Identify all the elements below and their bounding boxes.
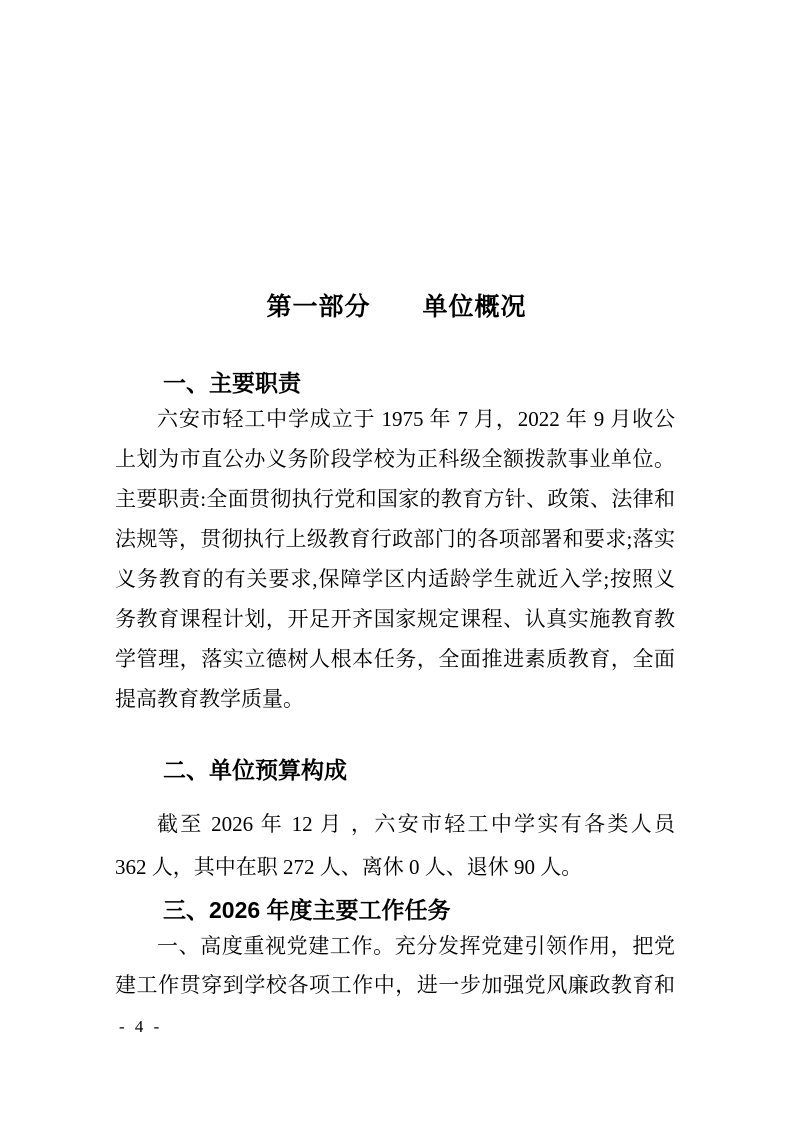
document-page: 第一部分 单位概况 一、主要职责 六安市轻工中学成立于 1975 年 7 月，2… [0,0,793,1122]
document-title: 第一部分 单位概况 [0,289,793,325]
paragraph-work-tasks: 一、高度重视党建工作。充分发挥党建引领作用，把党 建工作贯穿到学校各项工作中，进… [115,927,675,1005]
page-number: - 4 - [119,1015,162,1039]
paragraph-line: 截至 2026 年 12 月 ，六安市轻工中学实有各类人员 [115,803,675,846]
paragraph-main-duties: 六安市轻工中学成立于 1975 年 7 月，2022 年 9 月收公 上划为市直… [115,399,675,719]
paragraph-line: 务教育课程计划，开足开齐国家规定课程、认真实施教育教 [115,599,675,639]
paragraph-line: 学管理，落实立德树人根本任务，全面推进素质教育，全面 [115,639,675,679]
paragraph-line: 建工作贯穿到学校各项工作中，进一步加强党风廉政教育和 [115,966,675,1005]
paragraph-line: 一、高度重视党建工作。充分发挥党建引领作用，把党 [115,927,675,966]
paragraph-line: 六安市轻工中学成立于 1975 年 7 月，2022 年 9 月收公 [115,399,675,439]
section-heading-work-tasks: 三、2026 年度主要工作任务 [163,895,451,925]
section-heading-main-duties: 一、主要职责 [163,368,301,398]
paragraph-line: 362 人，其中在职 272 人、离休 0 人、退休 90 人。 [115,846,675,889]
paragraph-line: 主要职责:全面贯彻执行党和国家的教育方针、政策、法律和 [115,479,675,519]
paragraph-line: 义务教育的有关要求,保障学区内适龄学生就近入学;按照义 [115,559,675,599]
paragraph-line: 提高教育教学质量。 [115,679,675,719]
section-heading-budget-composition: 二、单位预算构成 [163,755,347,785]
paragraph-line: 上划为市直公办义务阶段学校为正科级全额拨款事业单位。 [115,439,675,479]
paragraph-line: 法规等，贯彻执行上级教育行政部门的各项部署和要求;落实 [115,519,675,559]
paragraph-budget-composition: 截至 2026 年 12 月 ，六安市轻工中学实有各类人员 362 人，其中在职… [115,803,675,889]
